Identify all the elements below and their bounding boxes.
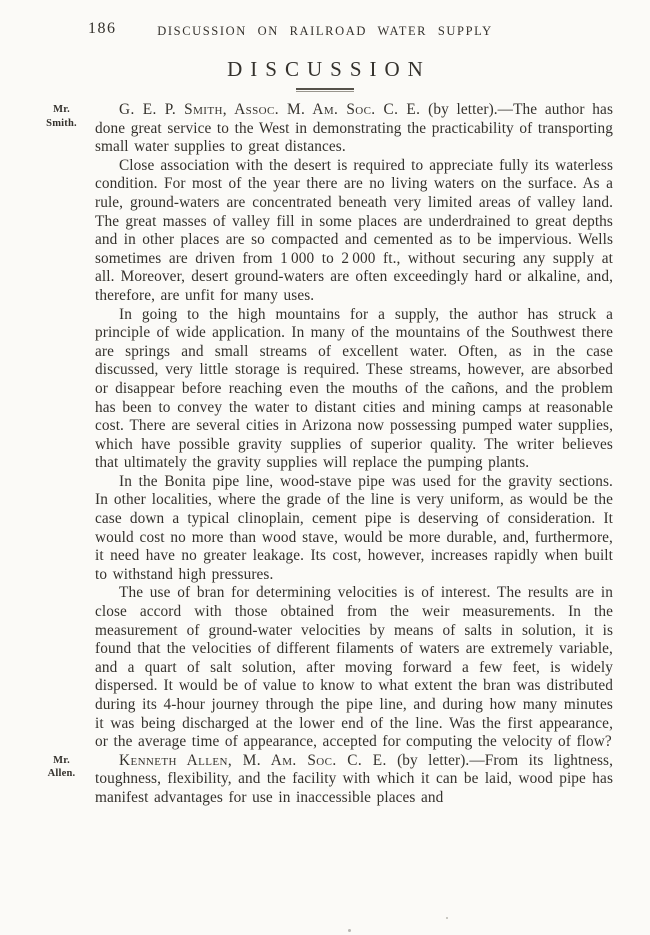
scan-speck — [446, 917, 448, 919]
scan-speck — [348, 929, 351, 932]
title-rule — [296, 88, 354, 92]
margin-note-line-2: Allen. — [34, 767, 89, 781]
margin-note-smith: Mr. Smith. — [34, 103, 89, 130]
section-title: DISCUSSION — [0, 57, 650, 82]
paragraph-allen-1: Mr. Allen. Kenneth Allen, M. Am. Soc. C.… — [95, 752, 613, 808]
body-text: Mr. Smith. G. E. P. Smith, Assoc. M. Am.… — [95, 101, 613, 808]
margin-note-line-1: Mr. — [34, 754, 89, 768]
speaker-name-allen: Kenneth Allen, M. Am. Soc. C. E. — [119, 752, 387, 769]
margin-note-line-1: Mr. — [34, 103, 89, 117]
paragraph-smith-5: The use of bran for determining velociti… — [95, 584, 613, 751]
speaker-name-smith: G. E. P. Smith, Assoc. M. Am. Soc. C. E. — [119, 101, 420, 118]
running-head: DISCUSSION ON RAILROAD WATER SUPPLY — [0, 24, 650, 39]
margin-note-line-2: Smith. — [34, 117, 89, 131]
paragraph-smith-2: Close association with the desert is req… — [95, 157, 613, 306]
paragraph-smith-3: In going to the high mountains for a sup… — [95, 306, 613, 473]
margin-note-allen: Mr. Allen. — [34, 754, 89, 781]
paragraph-smith-4: In the Bonita pipe line, wood-stave pipe… — [95, 473, 613, 585]
paragraph-smith-1: Mr. Smith. G. E. P. Smith, Assoc. M. Am.… — [95, 101, 613, 157]
document-page: 186 DISCUSSION ON RAILROAD WATER SUPPLY … — [0, 0, 650, 935]
